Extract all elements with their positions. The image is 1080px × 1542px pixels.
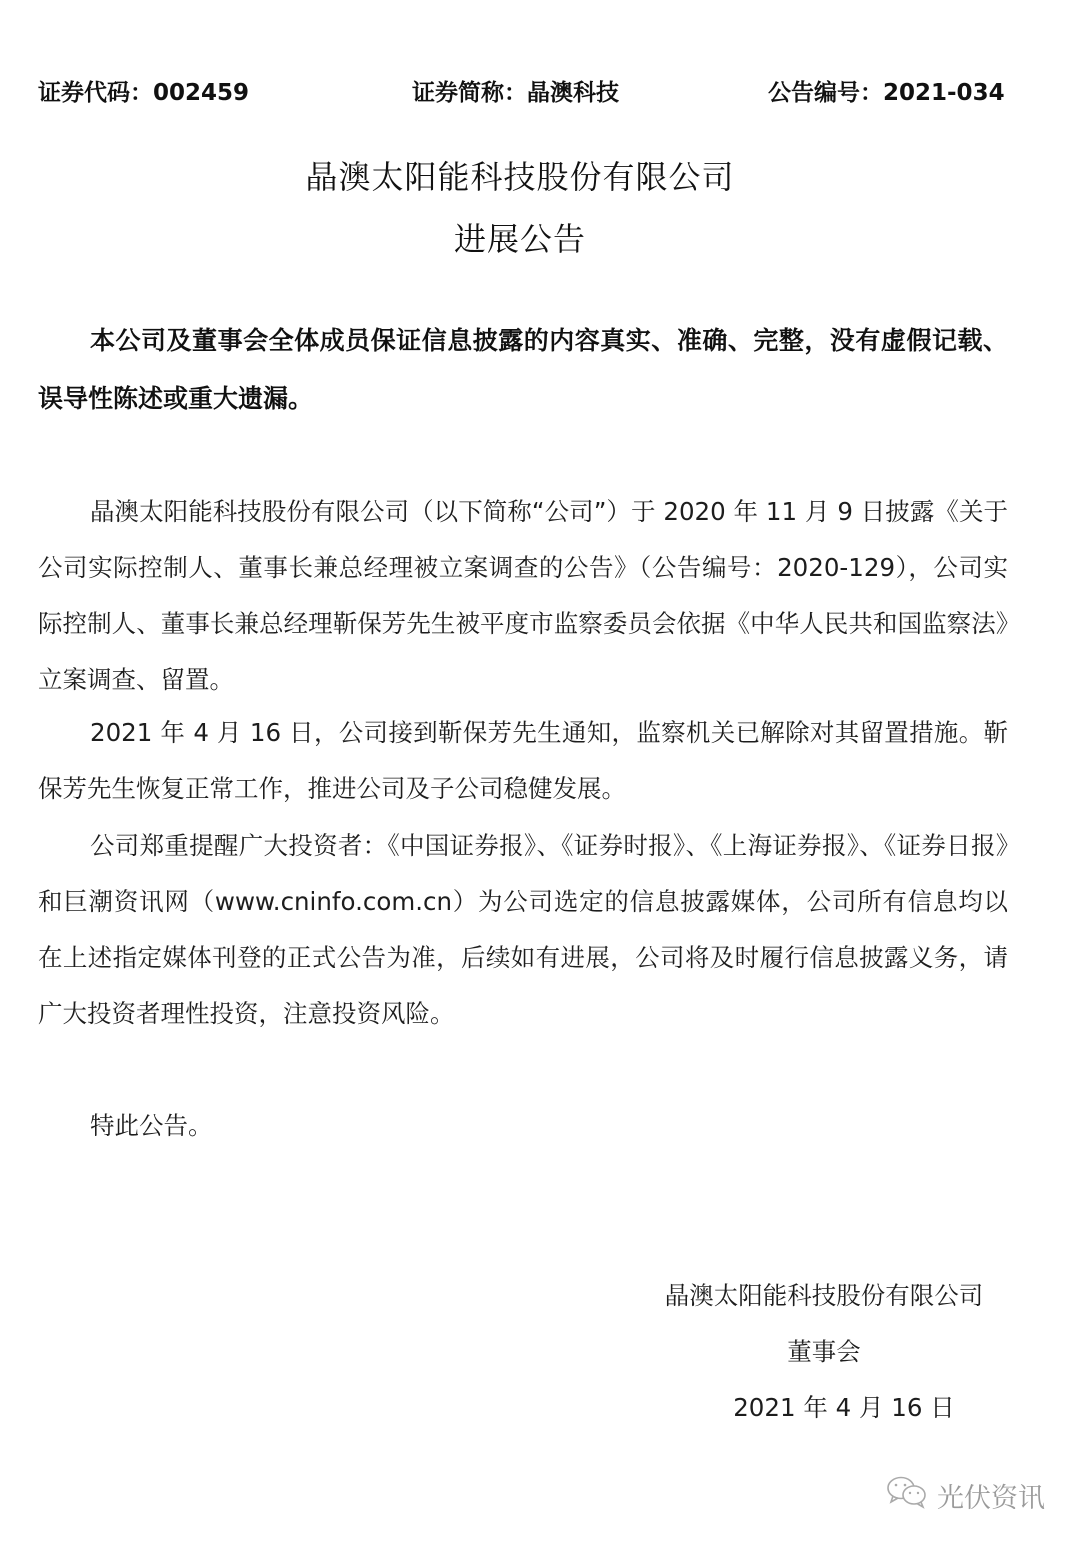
closing-line: 特此公告。 xyxy=(38,1098,1008,1154)
board-statement: 本公司及董事会全体成员保证信息披露的内容真实、准确、完整，没有虚假记载、误导性陈… xyxy=(38,312,1008,428)
signature-date: 2021 年 4 月 16 日 xyxy=(644,1380,1004,1436)
announcement-number: 公告编号：2021-034 xyxy=(768,74,1005,107)
document-header: 证券代码：002459 证券简称：晶澳科技 公告编号：2021-034 xyxy=(0,74,1080,110)
signature-board: 董事会 xyxy=(644,1324,1004,1380)
watermark-text: 光伏资讯 xyxy=(937,1476,1045,1515)
watermark: 光伏资讯 xyxy=(885,1472,1045,1518)
company-title: 晶澳太阳能科技股份有限公司 xyxy=(0,152,1060,198)
signature-company: 晶澳太阳能科技股份有限公司 xyxy=(644,1268,1004,1324)
wechat-icon xyxy=(885,1474,937,1517)
stock-code: 证券代码：002459 xyxy=(38,74,249,107)
body-paragraph-2: 2021 年 4 月 16 日，公司接到靳保芳先生通知，监察机关已解除对其留置措… xyxy=(38,705,1008,817)
announcement-title: 进展公告 xyxy=(0,214,1060,260)
body-paragraph-3: 公司郑重提醒广大投资者：《中国证券报》、《证券时报》、《上海证券报》、《证券日报… xyxy=(38,818,1008,1042)
signature-block: 晶澳太阳能科技股份有限公司 董事会 2021 年 4 月 16 日 xyxy=(644,1268,1004,1436)
body-paragraph-1: 晶澳太阳能科技股份有限公司（以下简称“公司”）于 2020 年 11 月 9 日… xyxy=(38,484,1008,708)
stock-short-name: 证券简称：晶澳科技 xyxy=(412,74,619,107)
